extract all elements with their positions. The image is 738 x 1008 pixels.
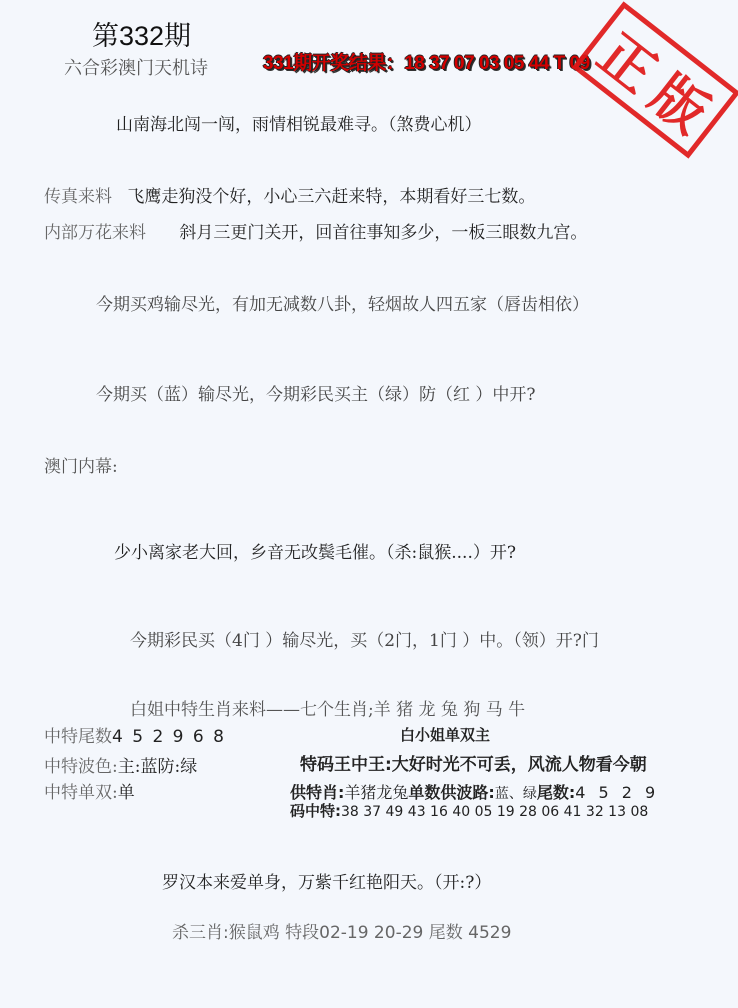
zodiac-line: 白姐中特生肖来料——七个生肖;羊 猪 龙 兔 狗 马 牛 xyxy=(130,695,525,720)
door-line: 今期彩民买（4门 ）输尽光，买（2门，1门 ）中。（领）开?门 xyxy=(130,626,599,651)
source-fax: 传真来料 飞鹰走狗没个好，小心三六赶来特，本期看好三七数。 xyxy=(44,182,535,207)
inside-poem: 少小离家老大回，乡音无改鬓毛催。（杀:鼠猴....）开? xyxy=(114,538,516,563)
subtitle: 六合彩澳门天机诗 xyxy=(64,54,208,80)
wave-color: 中特波色:主:蓝防:绿 xyxy=(44,752,197,777)
source-label: 内部万花来料 xyxy=(44,223,146,243)
source-text: 斜月三更门关开，回首往事知多少，一板三眼数九宫。 xyxy=(179,223,587,243)
poem-line: 山南海北闯一闯，雨情相锐最难寻。（煞费心机） xyxy=(116,110,482,135)
source-text: 飞鹰走狗没个好，小心三六赶来特，本期看好三七数。 xyxy=(127,187,535,207)
right-title: 白小姐单双主 xyxy=(400,724,490,745)
issue-title: 第332期 xyxy=(92,14,191,53)
oddeven-value: 单 xyxy=(118,783,135,803)
codes-value: 38 37 49 43 16 40 05 19 28 06 41 32 13 0… xyxy=(341,804,648,820)
tail-value: 4 5 2 9 6 8 xyxy=(112,727,226,747)
authentic-stamp: 正 版 xyxy=(572,1,738,158)
odd-even: 中特单双:单 xyxy=(44,778,135,803)
kill-line: 杀三肖:猴鼠鸡 特段02-19 20-29 尾数 4529 xyxy=(172,918,511,943)
chicken-line: 今期买鸡输尽光，有加无减数八卦，轻烟故人四五家（唇齿相依） xyxy=(96,290,589,315)
tail-numbers: 中特尾数4 5 2 9 6 8 xyxy=(44,722,226,747)
tail-label: 中特尾数 xyxy=(44,727,112,747)
last-result-banner: 331期开奖结果：18 37 07 03 05 44 T 09 xyxy=(263,48,590,75)
wave-label: 中特波色: xyxy=(44,757,118,777)
codes-line: 码中特:38 37 49 43 16 40 05 19 28 06 41 32 … xyxy=(290,800,648,821)
king-line: 特码王中王:大好时光不可丢，风流人物看今朝 xyxy=(300,750,647,775)
footer-poem: 罗汉本来爱单身，万紫千红艳阳天。（开:?） xyxy=(162,868,491,893)
source-inside: 内部万花来料 斜月三更门关开，回首往事知多少，一板三眼数九宫。 xyxy=(44,218,587,243)
codes-label: 码中特: xyxy=(290,802,341,820)
source-label: 传真来料 xyxy=(44,187,112,207)
oddeven-label: 中特单双: xyxy=(44,783,118,803)
color-line: 今期买（蓝）输尽光，今期彩民买主（绿）防（红 ）中开? xyxy=(96,380,536,405)
inside-label: 澳门内幕: xyxy=(44,452,118,477)
wave-value: 主:蓝防:绿 xyxy=(118,757,197,777)
